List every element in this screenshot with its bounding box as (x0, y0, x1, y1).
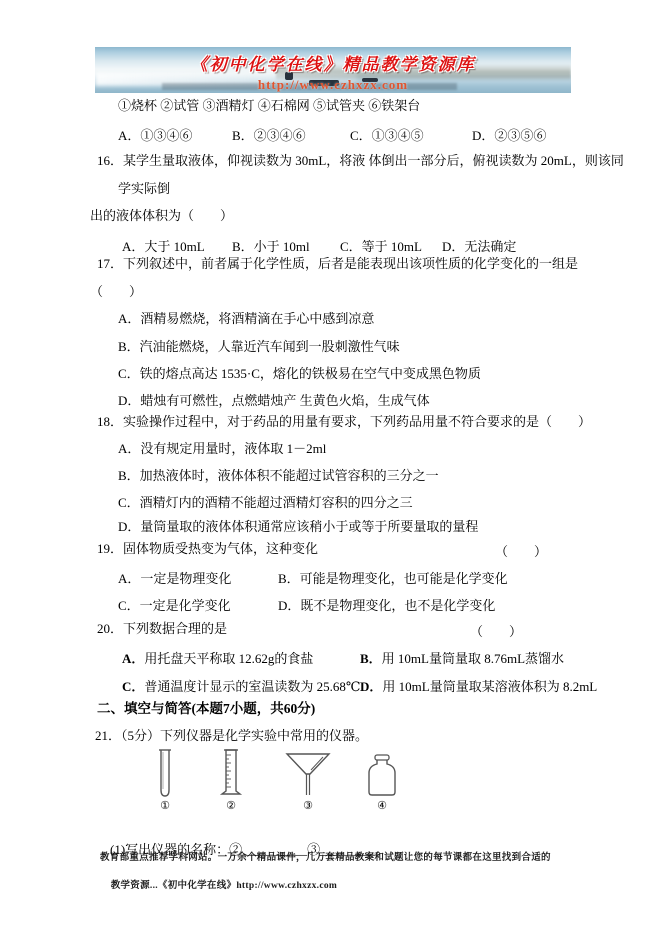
q20-option-a: A．用托盘天平称取 12.62g的食盐 (122, 648, 360, 667)
footer-url-link[interactable]: http://www.czhxzx.com (236, 881, 337, 891)
q16-option-a: A．大于 10mL (122, 236, 232, 255)
q20-option-b: B．用 10mL量筒量取 8.76mL蒸馏水 (360, 648, 564, 667)
q19-option-c: C．一定是化学变化 (118, 595, 278, 614)
q15-items-line: ①烧杯 ②试管 ③酒精灯 ④石棉网 ⑤试管夹 ⑥铁架台 (118, 98, 420, 114)
q18-option-d: D．量筒量取的液体体积通常应该稍小于或等于所要量取的量程 (118, 519, 478, 535)
exam-page: 《初中化学在线》精品教学资源库 http://www.czhxzx.com ①烧… (0, 0, 661, 935)
q20-option-d: D．用 10mL量筒量取某溶液体积为 8.2mL (360, 676, 597, 695)
q19-option-a: A．一定是物理变化 (118, 568, 278, 587)
banner-url-link[interactable]: http://www.czhxzx.com (95, 77, 571, 93)
apparatus-2-label: ② (213, 800, 249, 812)
q17-option-d: D．蜡烛有可燃性，点燃蜡烛产 生黄色火焰，生成气体 (118, 393, 430, 409)
footer-line-2-text: 教学资源...《初中化学在线》 (111, 881, 237, 891)
apparatus-2: ② (213, 748, 249, 812)
apparatus-1-label: ① (150, 800, 180, 812)
q17-line-1: 17．下列叙述中，前者属于化学性质，后者是能表现出该项性质的化学变化的一组是 (97, 256, 578, 272)
q19-answer-parens: （ ） (495, 541, 547, 560)
test-tube-icon (154, 748, 176, 798)
q15-option-c: C．①③④⑤ (350, 125, 472, 144)
q17-line-2: （ ） (90, 284, 142, 300)
apparatus-3-label: ③ (283, 800, 333, 812)
q15-option-b: B．②③④⑥ (232, 125, 350, 144)
apparatus-4-label: ④ (360, 800, 404, 812)
q18-line-1: 18．实验操作过程中，对于药品的用量有要求，下列药品用量不符合要求的是（ ） (97, 414, 591, 430)
graduated-cylinder-icon (216, 748, 246, 798)
funnel-icon (283, 750, 333, 798)
section-2-heading: 二、填空与简答(本题7小题，共60分) (97, 701, 315, 717)
q20-answer-parens: （ ） (470, 621, 522, 640)
q16-line-2: 学实际倒 (118, 181, 170, 197)
apparatus-3: ③ (283, 748, 333, 812)
footer-line-2: 教学资源...《初中化学在线》http://www.czhxzx.com (100, 867, 337, 906)
q16-line-3: 出的液体体积为（ ） (90, 208, 233, 224)
q18-option-b: B．加热液体时，液体体积不能超过试管容积的三分之一 (118, 468, 439, 484)
q19-option-b: B．可能是物理变化，也可能是化学变化 (278, 568, 508, 587)
q21-line-1: 21．（5分）下列仪器是化学实验中常用的仪器。 (95, 728, 368, 744)
apparatus-1: ① (150, 748, 180, 812)
footer-line-1: 教育部重点推荐学科网站。一万余个精品课件，几万套精品教案和试题让您的每节课都在这… (100, 852, 551, 865)
q17-option-a: A．酒精易燃烧，将酒精滴在手心中感到凉意 (118, 311, 374, 327)
q17-option-b: B．汽油能燃烧，人靠近汽车闻到一股刺激性气味 (118, 339, 400, 355)
q16-option-c: C．等于 10mL (340, 236, 442, 255)
q20-option-c: C．普通温度计显示的室温读数为 25.68℃ (122, 676, 360, 695)
apparatus-4: ④ (360, 748, 404, 812)
q15-option-d: D．②③⑤⑥ (472, 125, 546, 144)
q16-option-d: D．无法确定 (442, 236, 516, 255)
q19-line-1: 19．固体物质受热变为气体，这种变化 (97, 541, 318, 557)
site-banner: 《初中化学在线》精品教学资源库 http://www.czhxzx.com (95, 47, 571, 93)
q18-option-a: A．没有规定用量时，液体取 1－2ml (118, 441, 326, 457)
banner-title: 《初中化学在线》精品教学资源库 (95, 50, 571, 75)
q16-option-b: B．小于 10ml (232, 236, 340, 255)
q19-option-d: D．既不是物理变化，也不是化学变化 (278, 595, 495, 614)
q17-option-c: C．铁的熔点高达 1535·C，熔化的铁极易在空气中变成黑色物质 (118, 366, 481, 382)
q18-option-c: C．酒精灯内的酒精不能超过酒精灯容积的四分之三 (118, 495, 413, 511)
reagent-bottle-icon (362, 754, 402, 798)
q15-option-a: A．①③④⑥ (118, 125, 232, 144)
q16-line-1: 16．某学生量取液体，仰视读数为 30mL，将液 体倒出一部分后，俯视读数为 2… (97, 153, 624, 169)
q20-line-1: 20．下列数据合理的是 (97, 621, 227, 637)
